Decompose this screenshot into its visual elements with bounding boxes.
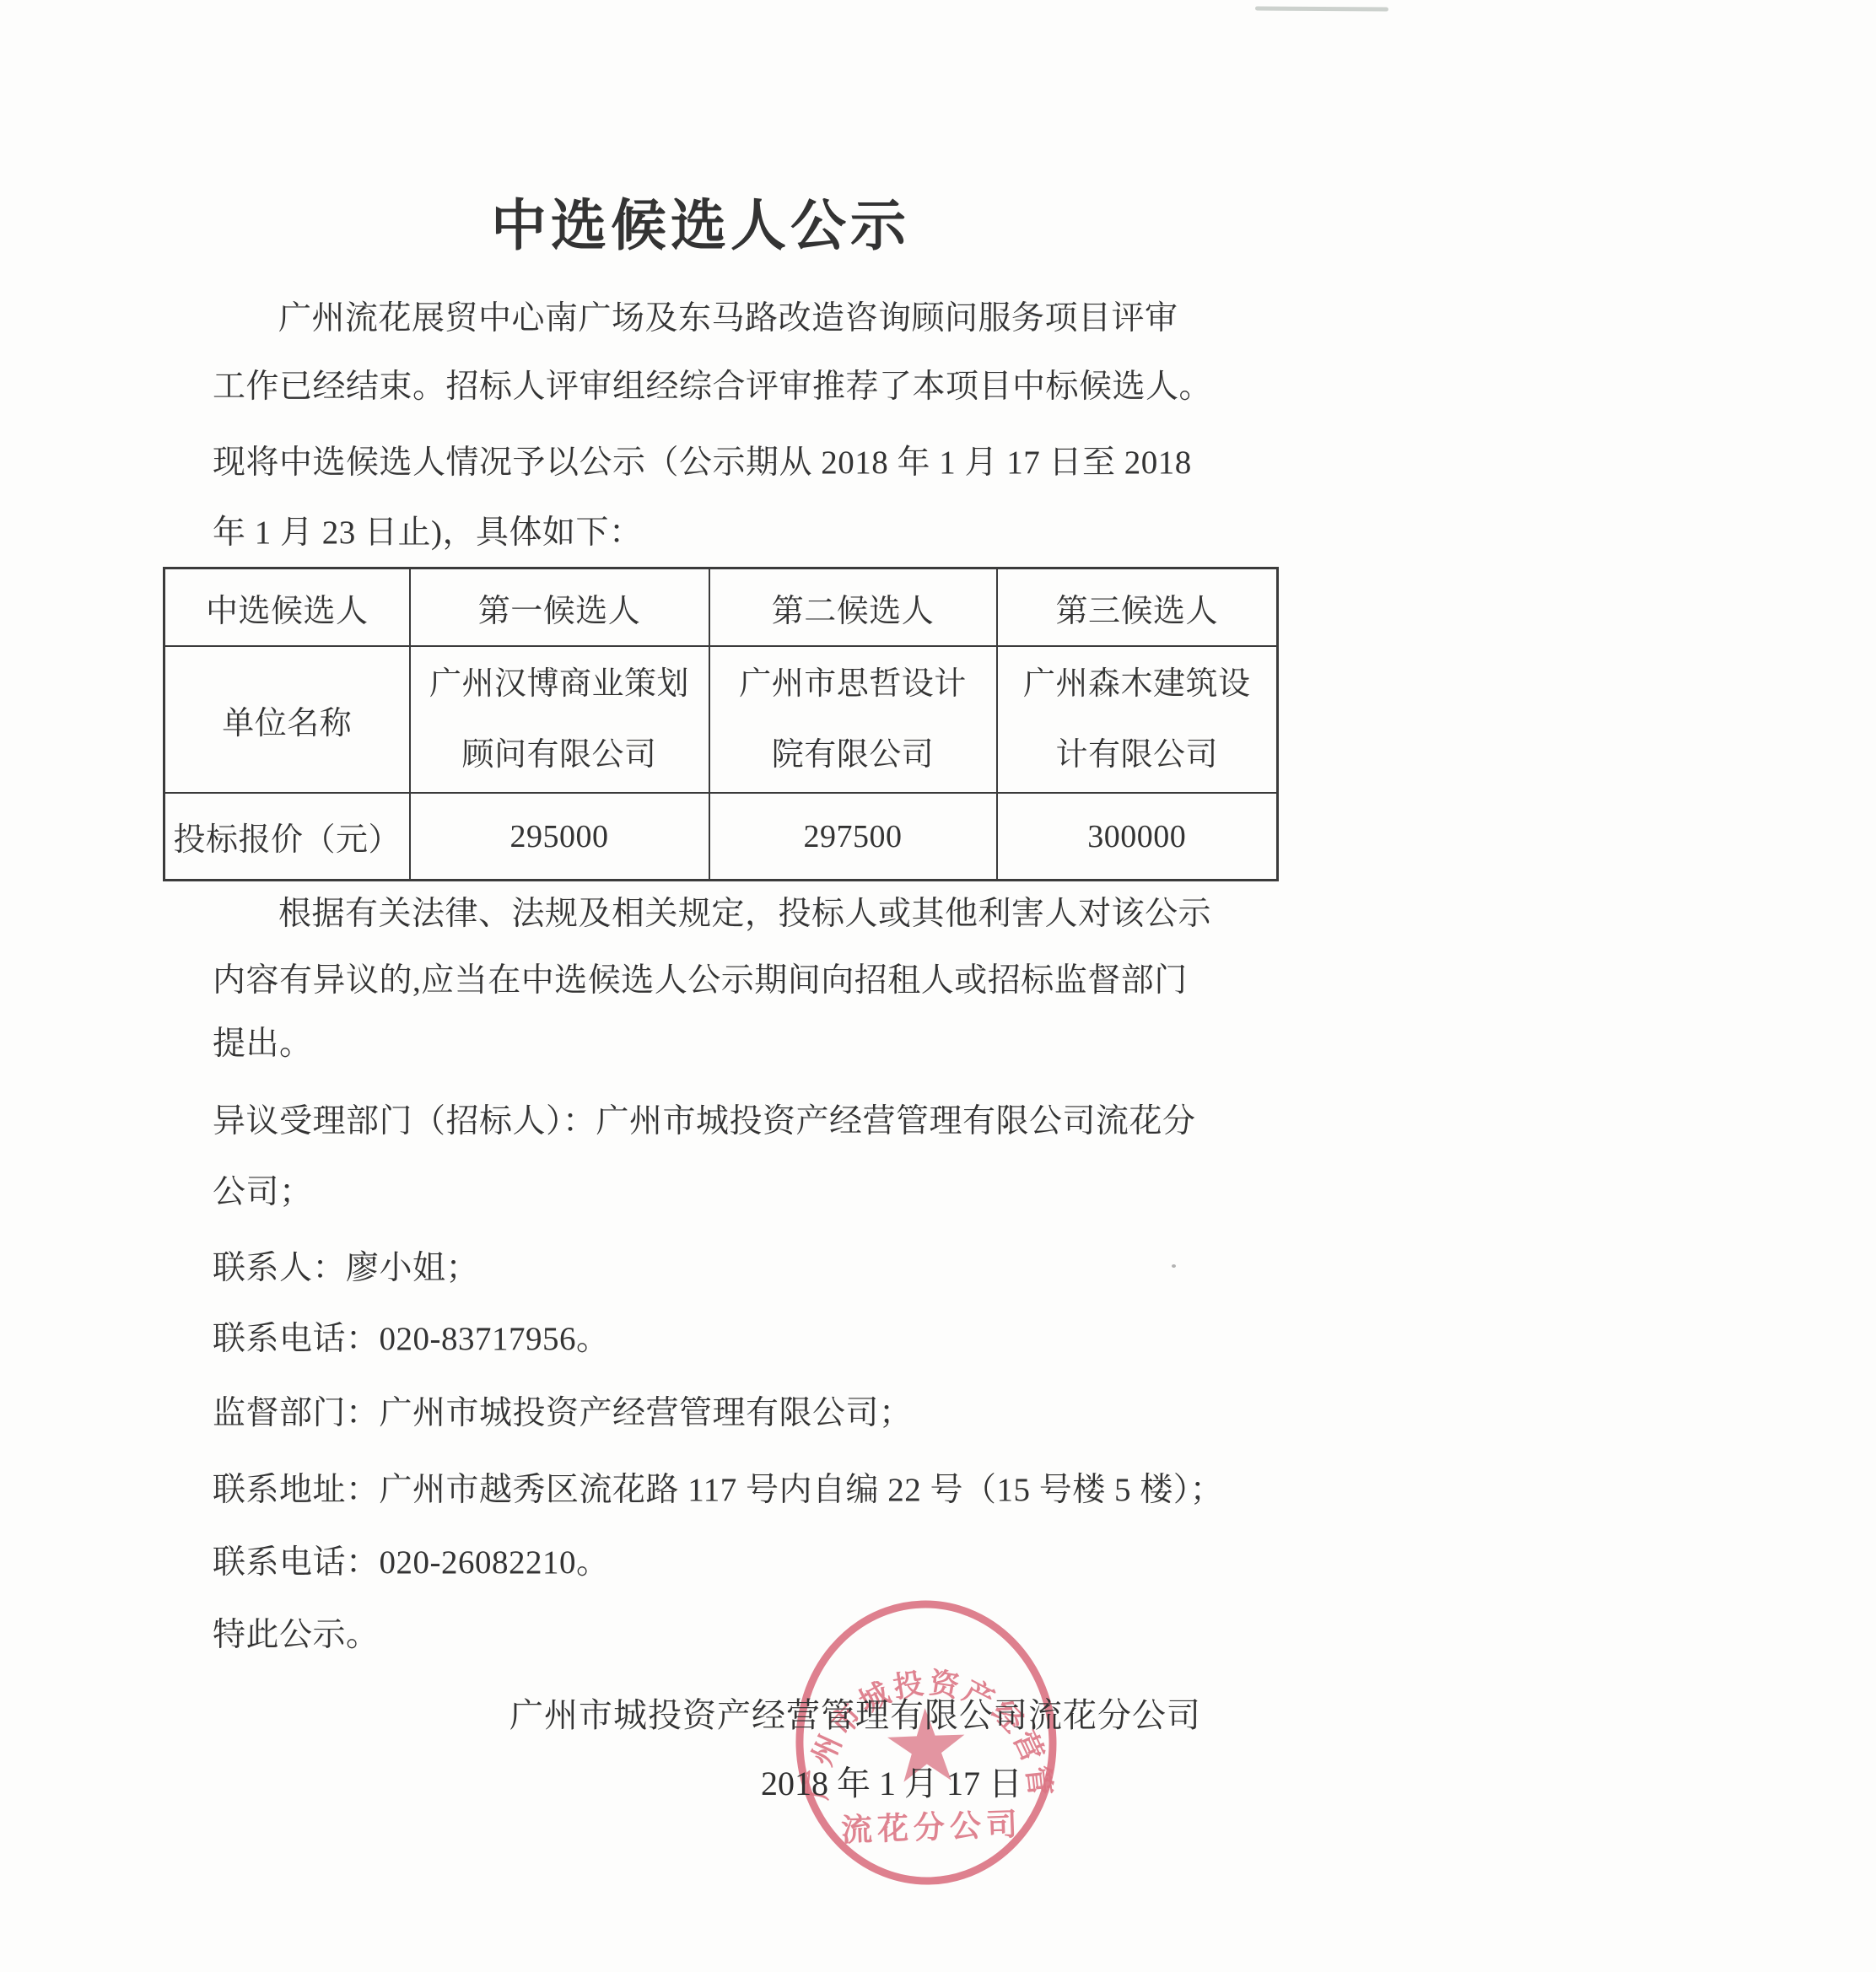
unit-name-line: 广州汉博商业策划 xyxy=(411,649,709,719)
contact-line: 监督部门：广州市城投资产经营管理有限公司； xyxy=(213,1392,913,1436)
unit-name-cell: 广州森木建筑设 计有限公司 xyxy=(997,646,1278,793)
contact-line: 公司； xyxy=(213,1171,313,1215)
unit-name-line: 顾问有限公司 xyxy=(411,719,709,790)
header-cell: 第二候选人 xyxy=(709,568,997,647)
candidates-table: 中选候选人 第一候选人 第二候选人 第三候选人 单位名称 广州汉博商业策划 顾问… xyxy=(163,567,1276,881)
seal-bottom-text: 流花分公司 xyxy=(840,1807,1022,1848)
page-title: 中选候选人公示 xyxy=(491,192,930,260)
price-cell: 300000 xyxy=(997,793,1278,881)
unit-name-cell: 广州汉博商业策划 顾问有限公司 xyxy=(410,646,709,793)
issuer-signature: 广州市城投资产经营管理有限公司流花分公司 xyxy=(509,1695,1201,1737)
price-cell: 297500 xyxy=(709,793,997,881)
scan-speck-artifact xyxy=(1172,1264,1176,1268)
closing-line: 特此公示。 xyxy=(213,1614,380,1657)
notice-line: 根据有关法律、法规及相关规定，投标人或其他利害人对该公示 xyxy=(278,892,1211,936)
unit-name-line: 计有限公司 xyxy=(998,719,1277,790)
notice-line: 内容有异议的,应当在中选候选人公示期间向招租人或招标监督部门 xyxy=(213,959,1188,1003)
table-header-row: 中选候选人 第一候选人 第二候选人 第三候选人 xyxy=(164,568,1278,647)
intro-line: 现将中选候选人情况予以公示（公示期从 2018 年 1 月 17 日至 2018 xyxy=(213,441,1192,485)
unit-name-cell: 广州市思哲设计 院有限公司 xyxy=(709,646,997,793)
unit-name-line: 广州森木建筑设 xyxy=(998,649,1277,719)
header-cell: 中选候选人 xyxy=(164,568,410,647)
price-cell: 295000 xyxy=(410,793,709,881)
company-seal: 广州市城投资产经营管理有限公司 流花分公司 xyxy=(782,1592,1072,1894)
header-cell: 第一候选人 xyxy=(410,568,709,647)
unit-name-line: 广州市思哲设计 xyxy=(710,649,996,719)
scan-edge-artifact xyxy=(1255,6,1388,11)
intro-line: 年 1 月 23 日止)，具体如下： xyxy=(213,511,643,555)
unit-name-line: 院有限公司 xyxy=(710,719,996,790)
scanned-announcement-page: 中选候选人公示 广州流花展贸中心南广场及东马路改造咨询顾问服务项目评审 工作已经… xyxy=(0,0,1876,1972)
contact-line: 联系人：廖小姐； xyxy=(213,1247,479,1290)
contact-line: 异议受理部门（招标人）：广州市城投资产经营管理有限公司流花分 xyxy=(213,1100,1196,1144)
contact-line: 联系电话：020-83717956。 xyxy=(213,1317,610,1361)
unit-name-row: 单位名称 广州汉博商业策划 顾问有限公司 广州市思哲设计 院有限公司 广州森木建… xyxy=(164,646,1278,793)
header-cell: 第三候选人 xyxy=(997,568,1278,647)
contact-line: 联系地址：广州市越秀区流花路 117 号内自编 22 号（15 号楼 5 楼）； xyxy=(213,1468,1223,1512)
issue-date: 2018 年 1 月 17 日 xyxy=(761,1763,1022,1805)
row-label-cell: 单位名称 xyxy=(164,646,410,793)
intro-line: 广州流花展贸中心南广场及东马路改造咨询顾问服务项目评审 xyxy=(278,297,1178,341)
contact-line: 联系电话：020-26082210。 xyxy=(213,1541,610,1585)
row-label-cell: 投标报价（元） xyxy=(164,793,410,881)
bid-price-row: 投标报价（元） 295000 297500 300000 xyxy=(164,793,1278,881)
notice-line: 提出。 xyxy=(213,1022,313,1066)
intro-line: 工作已经结束。招标人评审组经综合评审推荐了本项目中标候选人。 xyxy=(213,365,1212,409)
